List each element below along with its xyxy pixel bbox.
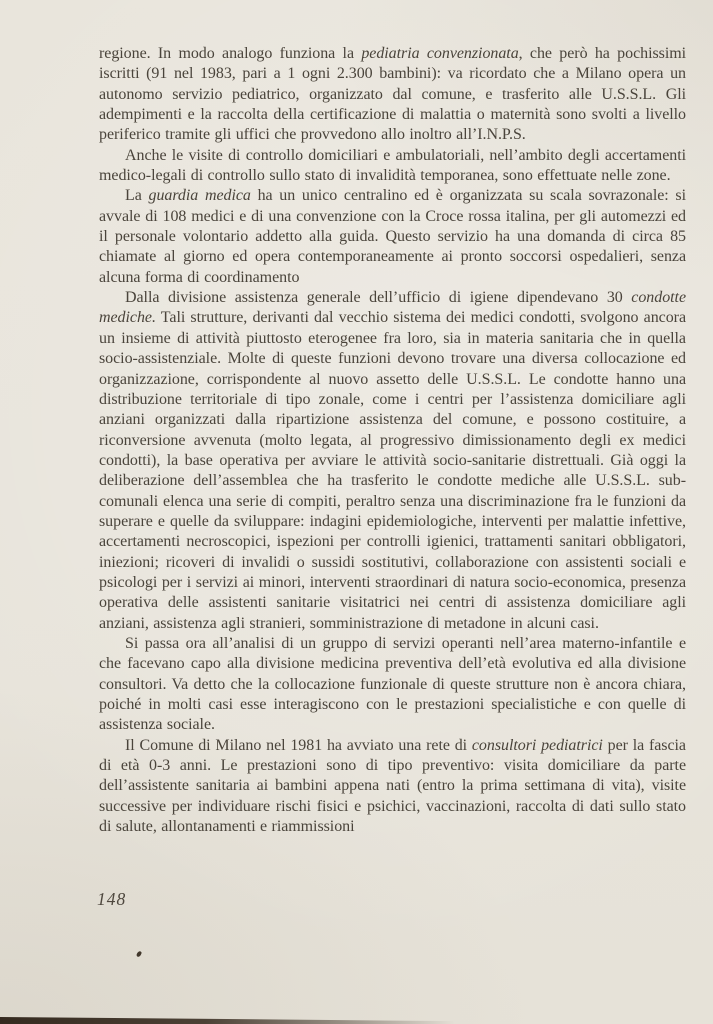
body-text: Il Comune di Milano nel 1981 ha avviato … [125,737,472,754]
paragraph-4: Dalla divisione assistenza generale dell… [99,288,686,634]
scan-edge-artifact [0,1015,455,1024]
text-column: regione. In modo analogo funziona la ped… [99,44,686,837]
emphasized-text: consultori pediatrici [472,737,603,754]
body-text: regione. In modo analogo funziona la [99,45,361,62]
paragraph-3: La guardia medica ha un unico centralino… [99,186,686,288]
body-text: La [125,187,149,204]
paragraph-2: Anche le visite di controllo domiciliari… [99,146,686,187]
paragraph-6: Il Comune di Milano nel 1981 ha avviato … [99,736,686,838]
scanned-page: regione. In modo analogo funziona la ped… [0,0,713,1024]
body-text: Anche le visite di controllo domiciliari… [99,147,686,184]
body-text: Dalla divisione assistenza generale dell… [125,289,631,306]
paragraph-1: regione. In modo analogo funziona la ped… [99,44,686,146]
body-text: Si passa ora all’analisi di un gruppo di… [99,635,686,733]
paragraph-5: Si passa ora all’analisi di un gruppo di… [99,634,686,736]
page-number: 148 [97,889,126,910]
body-text: Tali strutture, derivanti dal vecchio si… [99,309,686,631]
emphasized-text: pediatria convenzionata [361,45,518,62]
ink-speck [136,950,142,957]
emphasized-text: guardia medica [149,187,251,204]
